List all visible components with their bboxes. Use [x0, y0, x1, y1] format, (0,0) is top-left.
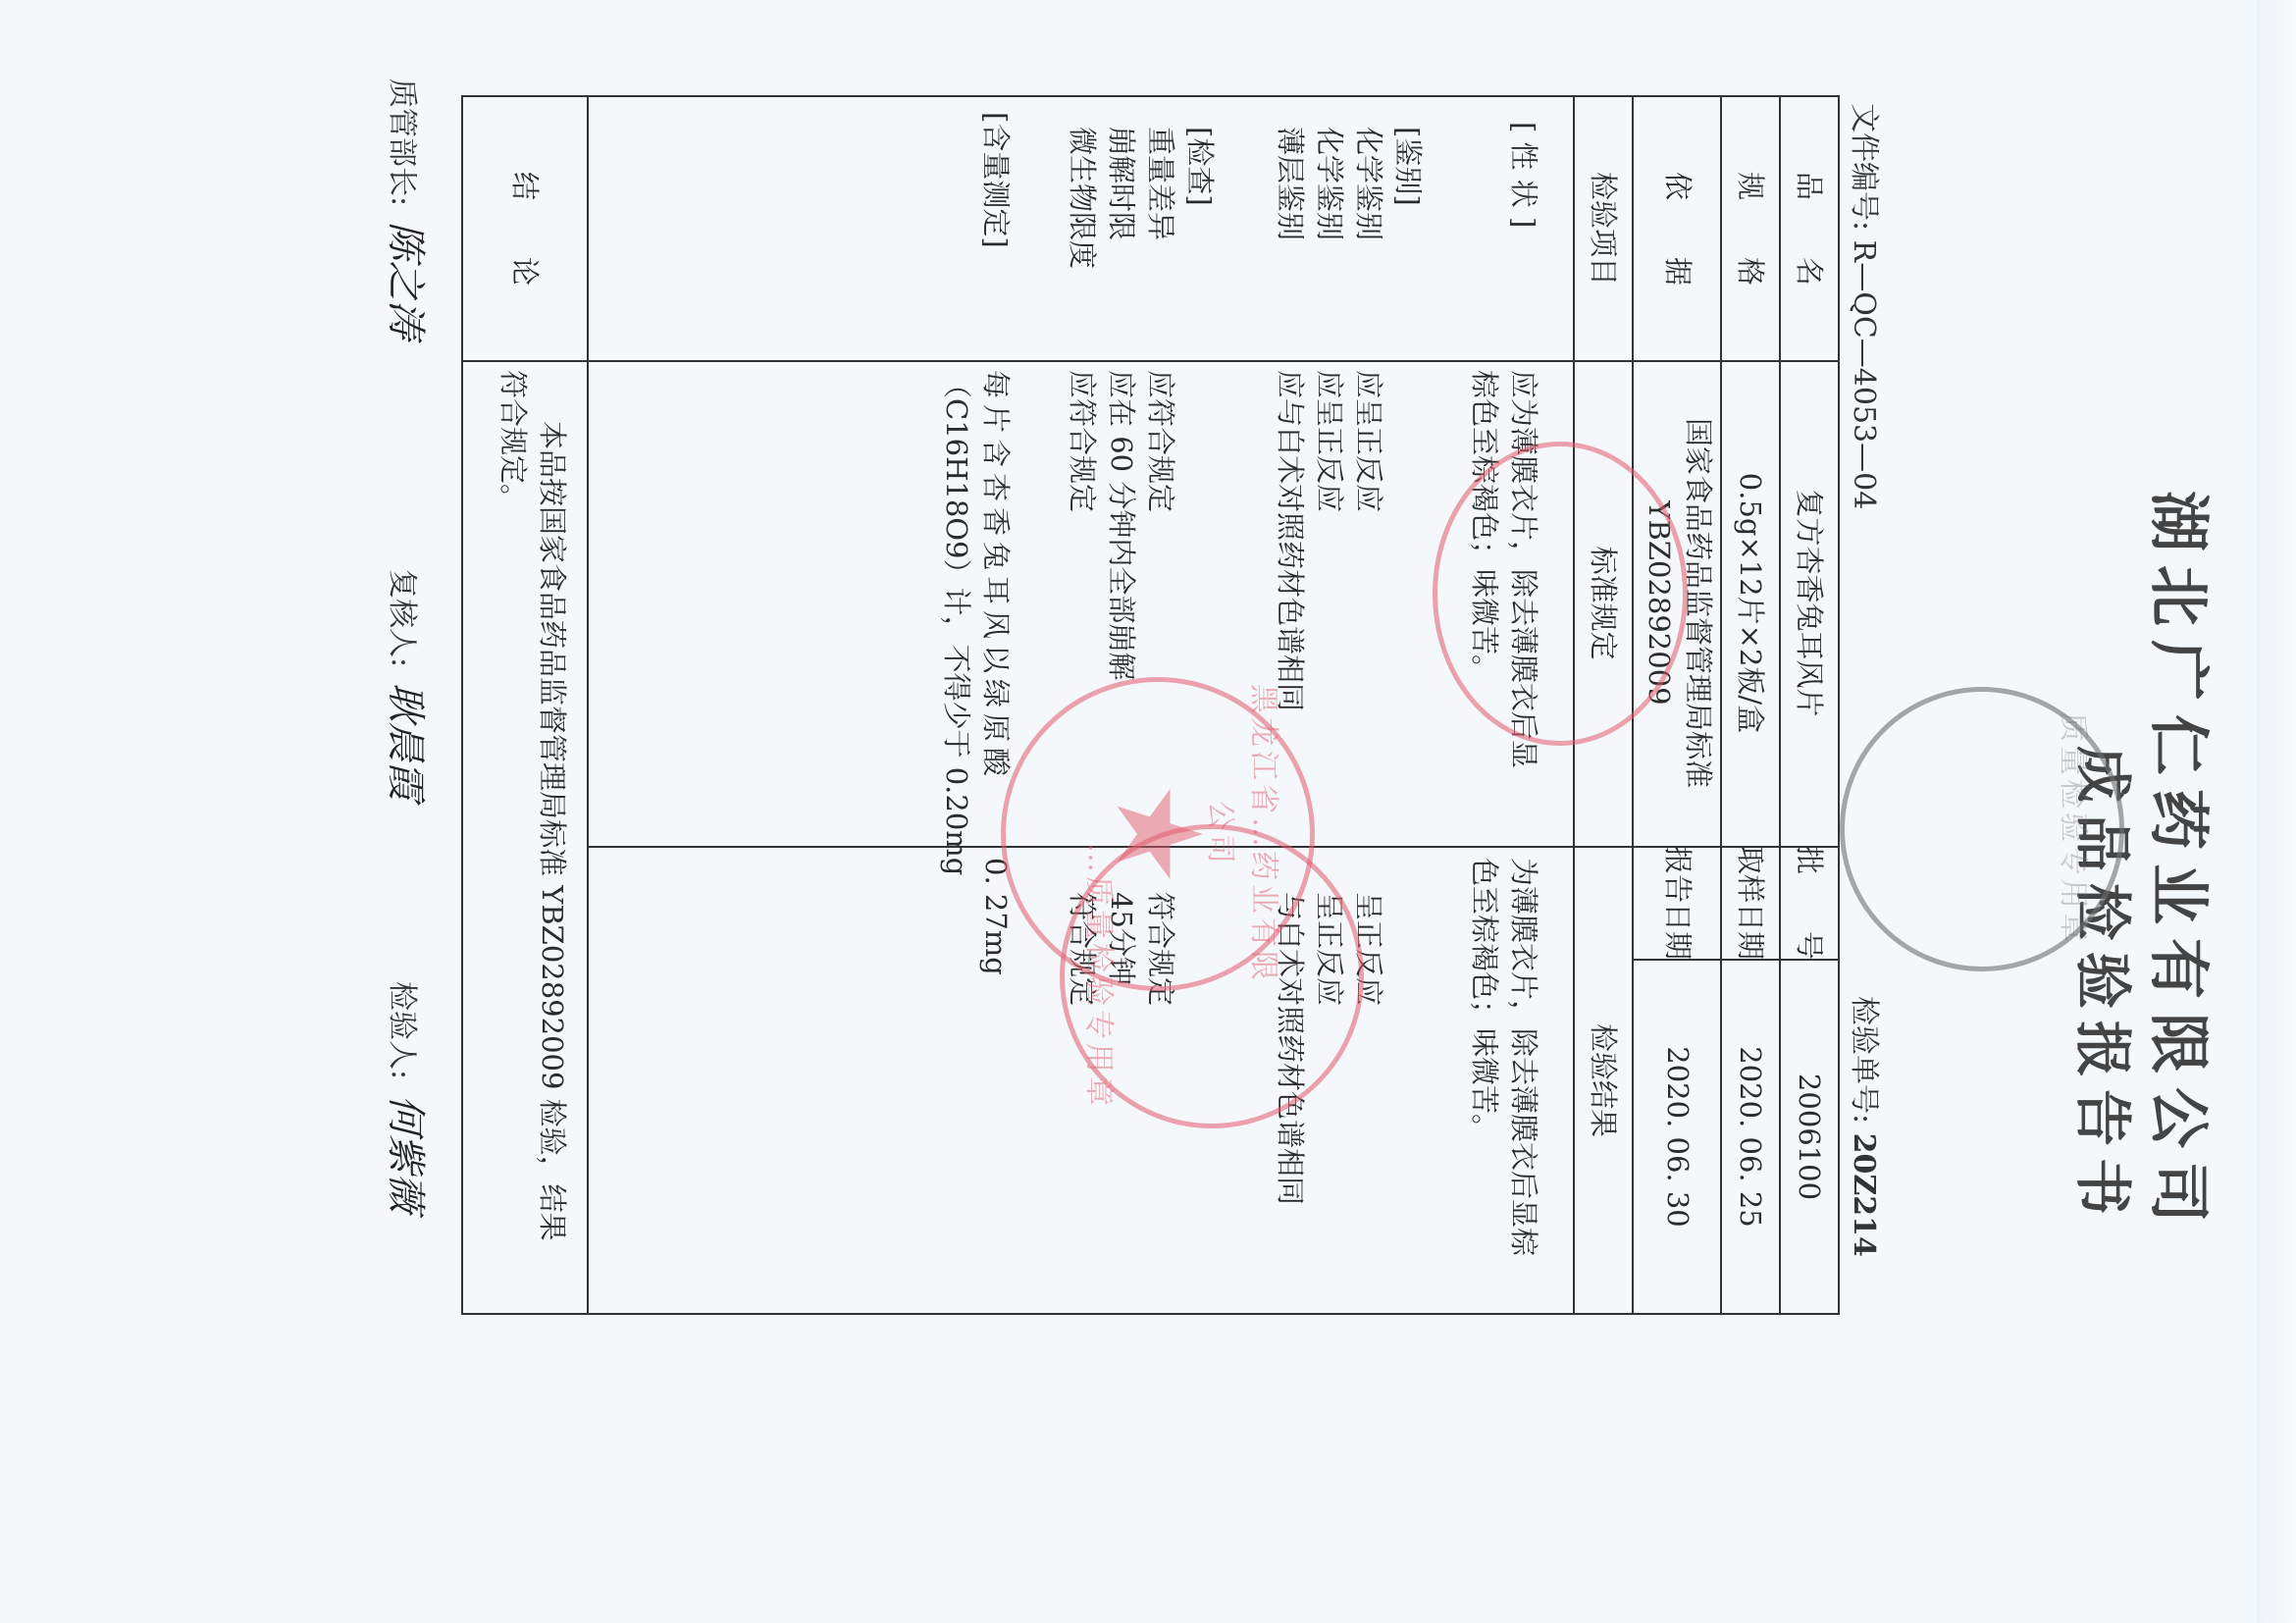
- label-product-name: 品 名: [1790, 97, 1829, 360]
- qa-head-signature: 质管部长: 陈之涛: [381, 79, 437, 340]
- inspector-signature: 检验人: 何紫薇: [381, 981, 437, 1213]
- label-sampling-date: 取样日期: [1731, 846, 1770, 959]
- conclusion-line2: 符合规定。: [494, 370, 533, 512]
- label-batch-no: 批 号: [1790, 846, 1829, 959]
- label-spec: 规 格: [1731, 97, 1770, 360]
- conclusion-line1: 本品按国家食品药品监督管理局标准 YBZ02892009 检验，结果: [533, 421, 572, 1241]
- inspection-number-value: 20Z214: [1847, 1133, 1881, 1257]
- std-assay-line2: （C16H18O9）计，不得少于 0.20mg: [937, 370, 976, 875]
- item-ident-1: 化学鉴别: [1349, 127, 1388, 240]
- inspector-handwriting: 何紫薇: [383, 1095, 428, 1213]
- result-assay: 0. 27mg: [976, 858, 1016, 975]
- company-name: 湖北广仁药业有限公司: [2140, 491, 2227, 1472]
- std-ident-1: 应呈正反应: [1349, 370, 1388, 512]
- item-identification: [鉴别]: [1388, 127, 1428, 206]
- item-ident-3: 薄层鉴别: [1271, 127, 1310, 240]
- file-number-label: 文件编号:: [1847, 103, 1881, 231]
- std-ident-3: 应与白术对照药材色谱相同: [1271, 370, 1310, 711]
- label-report-date: 报告日期: [1658, 846, 1697, 959]
- item-exam-3: 微生物限度: [1063, 127, 1102, 269]
- std-exam-2: 应在 60 分钟内全部崩解: [1102, 370, 1141, 680]
- result-ident-1: 呈正反应: [1349, 892, 1388, 1006]
- value-spec: 0.5g×12片×2板/盒: [1731, 360, 1770, 846]
- item-character: [ 性 状 ]: [1504, 122, 1543, 228]
- std-character-line1: 应为薄膜衣片，除去薄膜衣后显: [1504, 370, 1543, 768]
- report-title: 成品检验报告书: [2066, 746, 2149, 1227]
- qa-head-label: 质管部长:: [385, 79, 419, 206]
- item-exam-2: 崩解时限: [1102, 127, 1141, 240]
- result-character-line1: 为薄膜衣片，除去薄膜衣后显棕: [1504, 858, 1543, 1256]
- inspection-number: 检验单号: 20Z214: [1846, 996, 1889, 1257]
- item-assay: [含量测定]: [976, 112, 1016, 248]
- item-examination: [检查]: [1180, 127, 1220, 206]
- std-ident-2: 应呈正反应: [1310, 370, 1349, 512]
- reviewer-handwriting: 耿晨霞: [383, 683, 428, 801]
- reviewer-signature: 复核人: 耿晨霞: [381, 569, 437, 801]
- qa-head-handwriting: 陈之涛: [383, 222, 428, 340]
- value-basis-line2: YBZ02892009: [1640, 360, 1679, 846]
- header-item: 检验项目: [1584, 97, 1623, 360]
- file-number-value: R—QC—4053—04: [1847, 240, 1881, 510]
- value-basis-line1: 国家食品药品监督管理局标准: [1679, 360, 1718, 846]
- report-table: 品 名 复方杏香兔耳风片 批 号 2006100 规 格 0.5g×12片×2板…: [461, 95, 1840, 1315]
- value-batch-no: 2006100: [1790, 959, 1829, 1315]
- result-exam-1: 符合规定: [1141, 892, 1180, 1006]
- conclusion-label: 结 论: [505, 97, 545, 360]
- std-character-line2: 棕色至棕褐色；味微苦。: [1465, 370, 1504, 683]
- inspector-label: 检验人:: [385, 981, 419, 1079]
- std-exam-3: 应符合规定: [1063, 370, 1102, 512]
- item-ident-2: 化学鉴别: [1310, 127, 1349, 240]
- result-ident-3: 与白术对照药材色谱相同: [1271, 892, 1310, 1205]
- label-basis: 依 据: [1658, 97, 1697, 360]
- reviewer-label: 复核人:: [385, 569, 419, 667]
- inspection-number-label: 检验单号:: [1847, 996, 1881, 1124]
- result-exam-3: 符合规定: [1063, 892, 1102, 1006]
- header-standard: 标准规定: [1584, 360, 1623, 846]
- item-exam-1: 重量差异: [1141, 127, 1180, 240]
- value-sampling-date: 2020. 06. 25: [1731, 959, 1770, 1315]
- std-assay-line1: 每片含杏香兔耳风以绿原酸: [976, 370, 1016, 782]
- header-result: 检验结果: [1584, 846, 1623, 1315]
- report-document: 湖北广仁药业有限公司 成品检验报告书 文件编号: R—QC—4053—04 检验…: [0, 0, 2296, 1623]
- file-number: 文件编号: R—QC—4053—04: [1846, 103, 1889, 509]
- result-exam-2: 45分钟: [1102, 892, 1141, 985]
- result-ident-2: 呈正反应: [1310, 892, 1349, 1006]
- std-exam-1: 应符合规定: [1141, 370, 1180, 512]
- result-character-line2: 色至棕褐色；味微苦。: [1465, 858, 1504, 1142]
- value-product-name: 复方杏香兔耳风片: [1790, 360, 1829, 846]
- value-report-date: 2020. 06. 30: [1658, 959, 1697, 1315]
